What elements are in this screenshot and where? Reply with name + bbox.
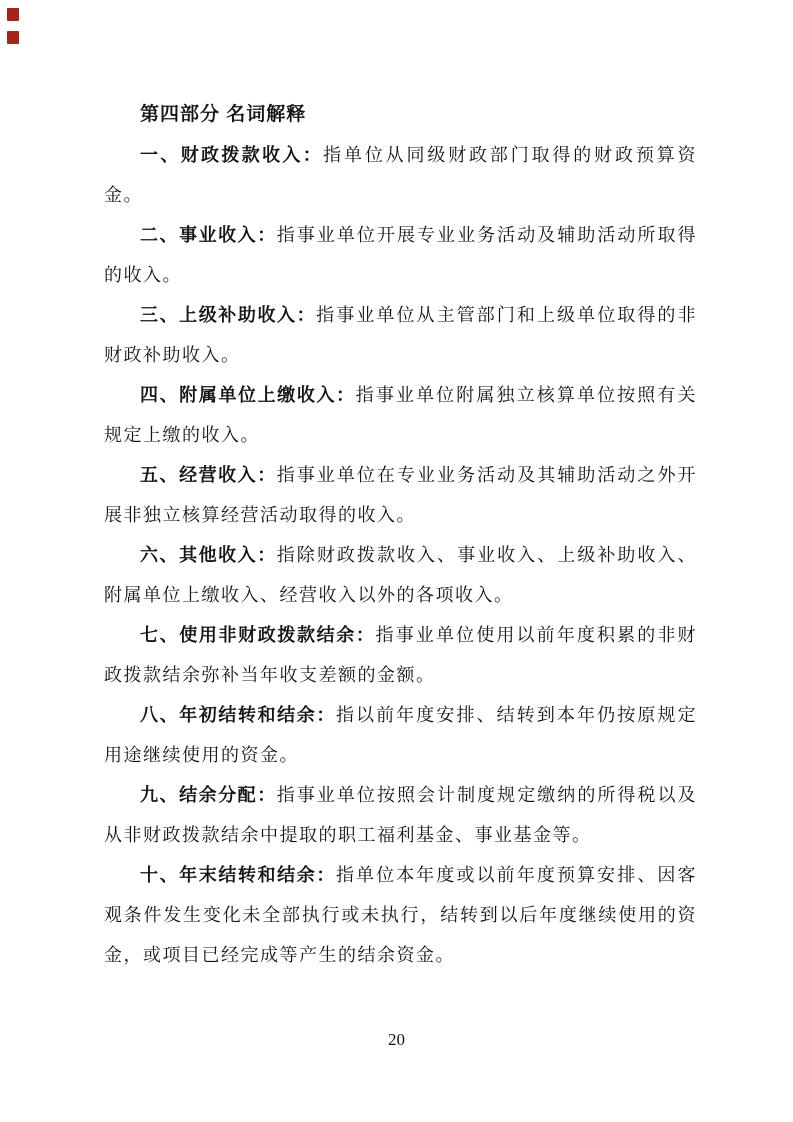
term-paragraph: 八、年初结转和结余：指以前年度安排、结转到本年仍按原规定用途继续使用的资金。 (104, 695, 697, 775)
page-number: 20 (0, 1028, 793, 1052)
term-label: 四、附属单位上缴收入： (140, 385, 356, 405)
red-mark-icon (7, 31, 19, 44)
term-paragraph: 一、财政拨款收入：指单位从同级财政部门取得的财政预算资金。 (104, 135, 697, 215)
term-label: 三、上级补助收入： (140, 305, 316, 325)
term-label: 十、年末结转和结余： (140, 865, 336, 885)
term-paragraph: 十、年末结转和结余：指单位本年度或以前年度预算安排、因客观条件发生变化未全部执行… (104, 855, 697, 975)
term-paragraph: 七、使用非财政拨款结余：指事业单位使用以前年度积累的非财政拨款结余弥补当年收支差… (104, 615, 697, 695)
term-paragraph: 三、上级补助收入：指事业单位从主管部门和上级单位取得的非财政补助收入。 (104, 295, 697, 375)
term-label: 八、年初结转和结余： (140, 705, 336, 725)
red-mark-icon (7, 8, 19, 21)
term-label: 二、事业收入： (140, 225, 277, 245)
term-paragraph: 五、经营收入：指事业单位在专业业务活动及其辅助活动之外开展非独立核算经营活动取得… (104, 455, 697, 535)
term-paragraph: 二、事业收入：指事业单位开展专业业务活动及辅助活动所取得的收入。 (104, 215, 697, 295)
document-content: 第四部分 名词解释 一、财政拨款收入：指单位从同级财政部门取得的财政预算资金。 … (0, 0, 793, 975)
term-paragraph: 六、其他收入：指除财政拨款收入、事业收入、上级补助收入、附属单位上缴收入、经营收… (104, 535, 697, 615)
term-paragraph: 九、结余分配：指事业单位按照会计制度规定缴纳的所得税以及从非财政拨款结余中提取的… (104, 775, 697, 855)
corner-marks (7, 8, 21, 54)
term-label: 七、使用非财政拨款结余： (140, 625, 376, 645)
document-page: 第四部分 名词解释 一、财政拨款收入：指单位从同级财政部门取得的财政预算资金。 … (0, 0, 793, 1122)
term-label: 六、其他收入： (140, 545, 277, 565)
section-heading: 第四部分 名词解释 (104, 95, 697, 135)
term-label: 五、经营收入： (140, 465, 277, 485)
term-paragraph: 四、附属单位上缴收入：指事业单位附属独立核算单位按照有关规定上缴的收入。 (104, 375, 697, 455)
term-label: 一、财政拨款收入： (140, 145, 323, 165)
term-label: 九、结余分配： (140, 785, 277, 805)
